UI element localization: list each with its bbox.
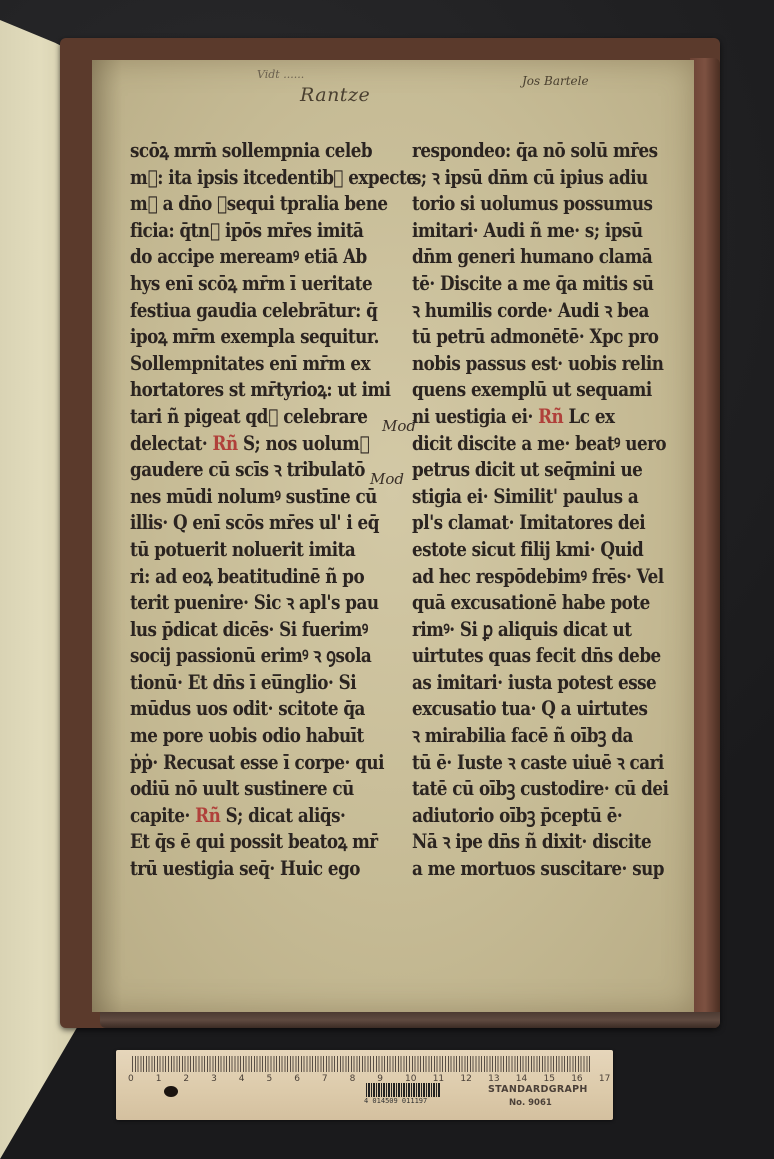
text-line: petrus dicit ut seq̄mini ue [412, 457, 668, 484]
board-bottom-edge [100, 1012, 720, 1028]
text-line: hortatores st mr̄tyrioꝝ: ut imi [130, 377, 416, 404]
text-line: me pore uobis odio habuīt [130, 723, 416, 750]
barcode-icon [366, 1083, 441, 1097]
ruler-tick-label: 5 [267, 1074, 273, 1084]
text-line: m᷑: ita ipsis itcedentibꝫ expecte [130, 165, 416, 192]
text-line: tē· Discite a me q̄a mitis sū [412, 271, 668, 298]
faint-annotation: Vidt ...... [257, 68, 304, 81]
text-line: ni uestigia ei· Rñ Lc ex [412, 404, 668, 431]
text-line: lus p̄dicat dicēs· Si fuerimꝰ [130, 617, 416, 644]
text-line: quā excusationē habe pote [412, 590, 668, 617]
rubric-marker: Rñ [213, 432, 238, 455]
text-line: gaudere cū scīs ꝛ tribulatō [130, 457, 416, 484]
text-line: excusatio tua· Q a uirtutes [412, 696, 668, 723]
text-line: dn̄m generi humano clamā [412, 244, 668, 271]
text-line: stigia ei· Similit' paulus a [412, 484, 668, 511]
text-line: tū ē· Iuste ꝛ caste uiuē ꝛ cari [412, 750, 668, 777]
text-line: nes mūdi nolumꝰ sustīne cū [130, 484, 416, 511]
rubric-marker: Rñ [538, 405, 563, 428]
text-line: estote sicut filij kmi· Quid [412, 537, 668, 564]
text-line: respondeo: q̄a nō solū mr̄es [412, 138, 668, 165]
text-line: dicit discite a me· beatꝰ uero [412, 431, 668, 458]
secondary-inscription: Jos Bartele [522, 74, 589, 88]
ruler-tick-label: 13 [488, 1074, 499, 1084]
text-line: trū uestigia seq̄· Huic ego [130, 856, 416, 883]
ruler-tick-label: 8 [350, 1074, 356, 1084]
text-line: ꝛ mirabilia facē ñ oībꝫ da [412, 723, 668, 750]
ruler-tick-label: 16 [571, 1074, 582, 1084]
text-line: ipoꝝ mr̄m exempla sequitur. [130, 324, 416, 351]
ruler-tick-label: 17 [599, 1074, 610, 1084]
text-line: Nā ꝛ ipe dn̄s ñ dixit· discite [412, 829, 668, 856]
text-line: tatē cū oībꝫ custodire· cū dei [412, 776, 668, 803]
text-line: imitari· Audi ñ me· s; ipsū [412, 218, 668, 245]
text-line: do accipe mereamꝰ etiā Ab [130, 244, 416, 271]
text-line: festiua gaudia celebrātur: q̄ [130, 298, 416, 325]
text-line: ṗṗ· Recusat esse ī corpe· qui [130, 750, 416, 777]
text-line: capite· Rñ S; dicat aliq̄s· [130, 803, 416, 830]
ruler-tick-label: 2 [183, 1074, 189, 1084]
ruler-tick-label: 0 [128, 1074, 134, 1084]
scale-ruler: 01234567891011121314151617 4 014509 0111… [116, 1050, 613, 1120]
ruler-tick-label: 6 [294, 1074, 300, 1084]
text-line: m᷑ a dn̄o ꝯsequi tpralia bene [130, 191, 416, 218]
ruler-hole [164, 1086, 178, 1097]
ruler-ticks [132, 1056, 592, 1072]
text-line: nobis passus est· uobis relin [412, 351, 668, 378]
text-line: socij passionū erimꝰ ꝛ ꝯsola [130, 643, 416, 670]
text-line: ri: ad eoꝝ beatitudinē ñ po [130, 564, 416, 591]
ruler-tick-label: 7 [322, 1074, 328, 1084]
ruler-tick-label: 3 [211, 1074, 217, 1084]
text-line: pl's clamat· Imitatores dei [412, 510, 668, 537]
text-line: Et q̄s ē qui possit beatoꝝ mr̄ [130, 829, 416, 856]
text-line: as imitari· iusta potest esse [412, 670, 668, 697]
text-line: torio si uolumus possumus [412, 191, 668, 218]
text-line: mūdus uos odit· scitote q̄a [130, 696, 416, 723]
barcode-number: 4 014509 011197 [364, 1097, 427, 1105]
text-line: terit puenire· Sic ꝛ apl's pau [130, 590, 416, 617]
ruler-tick-label: 14 [516, 1074, 527, 1084]
ruler-brand: STANDARDGRAPH [488, 1084, 588, 1095]
text-line: tū potuerit noluerit imita [130, 537, 416, 564]
ruler-tick-label: 15 [544, 1074, 555, 1084]
text-line: a me mortuos suscitare· sup [412, 856, 668, 883]
rubric-marker: Rñ [195, 804, 220, 827]
manuscript-page: Vidt ...... Rantze Jos Bartele Mod Mod s… [92, 60, 694, 1012]
text-line: ꝛ humilis corde· Audi ꝛ bea [412, 298, 668, 325]
ruler-tick-label: 12 [460, 1074, 471, 1084]
text-line: quens exemplū ut sequami [412, 377, 668, 404]
text-line: scōꝝ mrm̄ sollempnia celeb [130, 138, 416, 165]
text-line: Sollempnitates enī mr̄m ex [130, 351, 416, 378]
ruler-tick-label: 1 [156, 1074, 162, 1084]
text-line: uirtutes quas fecit dn̄s debe [412, 643, 668, 670]
top-annotations: Vidt ...... Rantze Jos Bartele [92, 60, 694, 130]
ruler-tick-label: 4 [239, 1074, 245, 1084]
text-line: ficia: q̄tn᷑ ipōs mr̄es imitā [130, 218, 416, 245]
text-line: hys enī scōꝝ mr̄m ī ueritate [130, 271, 416, 298]
text-line: delectat· Rñ S; nos uolum᷑ [130, 431, 416, 458]
text-line: illis· Q enī scōs mr̄es ul' i eq̄ [130, 510, 416, 537]
owner-inscription: Rantze [300, 84, 370, 106]
text-column-right: respondeo: q̄a nō solū mr̄ess; ꝛ ipsū dn… [412, 138, 668, 883]
text-line: s; ꝛ ipsū dn̄m cū ipius adiu [412, 165, 668, 192]
ruler-model: No. 9061 [509, 1098, 552, 1108]
text-line: tari ñ pigeat qd᷑ celebrare [130, 404, 416, 431]
text-line: odiū nō uult sustinere cū [130, 776, 416, 803]
text-line: adiutorio oībꝫ p̄ceptū ē· [412, 803, 668, 830]
text-line: tū petrū admonētē· Xpc pro [412, 324, 668, 351]
text-line: rimꝰ· Si ꝑ aliquis dicat ut [412, 617, 668, 644]
text-line: ad hec respōdebimꝰ frēs· Vel [412, 564, 668, 591]
board-edge [690, 58, 720, 1018]
text-column-left: scōꝝ mrm̄ sollempnia celebm᷑: ita ipsis … [130, 138, 416, 883]
text-line: tionū· Et dn̄s ī eu̅nglio· Si [130, 670, 416, 697]
